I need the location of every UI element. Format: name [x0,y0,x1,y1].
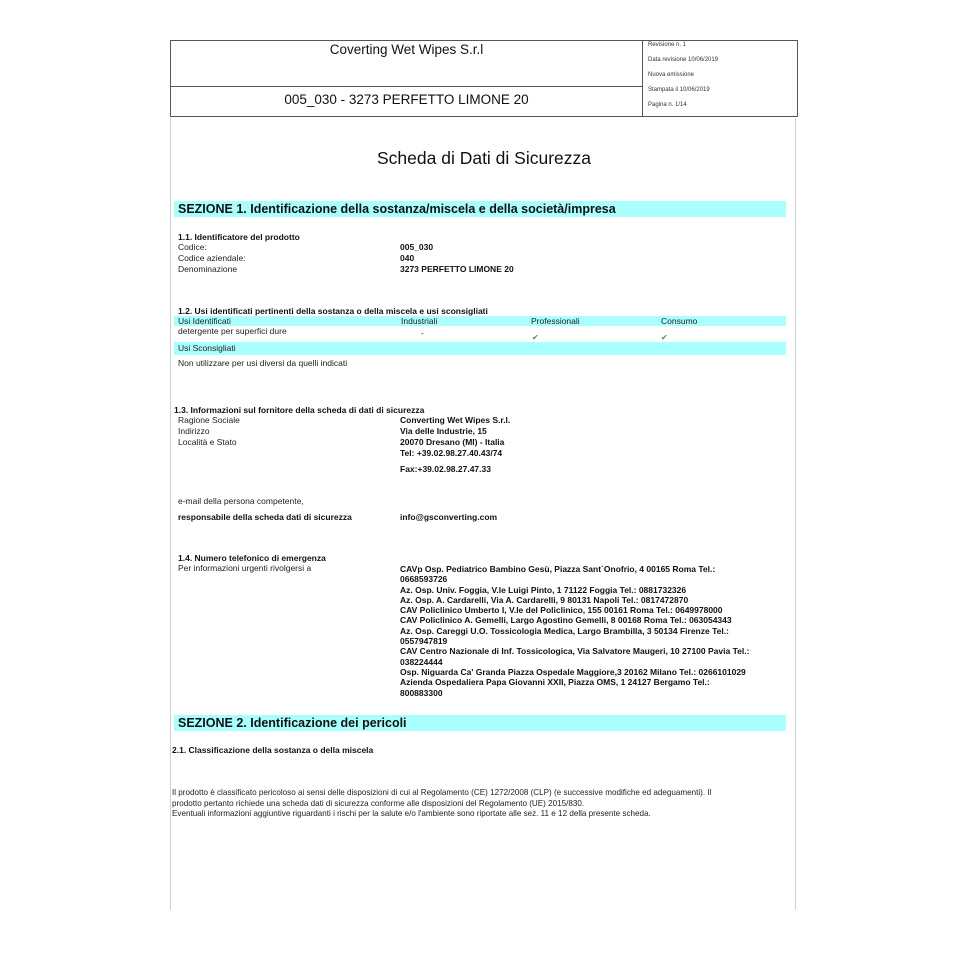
label-denominazione: Denominazione [178,264,237,274]
value-tel: Tel: +39.02.98.27.40.43/74 [400,448,502,458]
emergency-contact-line: Az. Osp. A. Cardarelli, Via A. Cardarell… [400,595,790,605]
use-name: detergente per superfici dure [178,326,287,336]
value-ragione-sociale: Converting Wet Wipes S.r.l. [400,415,510,425]
col-consumo: Consumo [661,316,697,326]
page-border-left [170,118,171,910]
col-usi-identificati: Usi Identificati [178,316,231,326]
discouraged-text: Non utilizzare per usi diversi da quelli… [178,358,347,368]
value-fax: Fax:+39.02.98.27.47.33 [400,464,491,474]
page-border-right [795,118,796,910]
header-company-cell: Coverting Wet Wipes S.r.l [171,41,643,87]
emergency-contacts-list: CAVp Osp. Pediatrico Bambino Gesù, Piazz… [400,564,790,698]
s13-title: 1.3. Informazioni sul fornitore della sc… [174,405,424,415]
value-codice-aziendale: 040 [400,253,414,263]
emergency-contact-line: Azienda Ospedaliera Papa Giovanni XXII, … [400,677,790,687]
emergency-contact-line: Az. Osp. Careggi U.O. Tossicologia Medic… [400,626,790,636]
label-codice-aziendale: Codice aziendale: [178,253,246,263]
emergency-contact-line: 0557947819 [400,636,790,646]
emergency-contact-line: CAV Policlinico A. Gemelli, Largo Agosti… [400,615,790,625]
label-localita: Località e Stato [178,437,237,447]
paragraph-line: prodotto pertanto richiede una scheda da… [172,799,794,810]
emergency-contact-line: 038224444 [400,657,790,667]
value-codice: 005_030 [400,242,433,252]
s12-title: 1.2. Usi identificati pertinenti della s… [178,306,488,316]
value-denominazione: 3273 PERFETTO LIMONE 20 [400,264,514,274]
s21-title: 2.1. Classificazione della sostanza o de… [172,745,373,755]
email-label-2: responsabile della scheda dati di sicure… [178,512,352,522]
revision-info: Revisione n. 1 Data revisione 10/06/2019… [648,41,798,116]
page-title: Scheda di Dati di Sicurezza [170,148,798,169]
emergency-label: Per informazioni urgenti rivolgersi a [178,563,311,573]
value-indirizzo: Via delle Industrie, 15 [400,426,487,436]
page-number: Pagina n. 1/14 [648,101,798,116]
col-industriali: Industriali [401,316,437,326]
product-name: 005_030 - 3273 PERFETTO LIMONE 20 [171,92,642,107]
emergency-contact-line: Osp. Niguarda Ca' Granda Piazza Ospedale… [400,667,790,677]
emission-status: Nuova emissione [648,71,798,86]
emergency-contact-line: 800883300 [400,688,790,698]
paragraph-line: Il prodotto è classificato pericoloso ai… [172,788,794,799]
emergency-contact-line: CAVp Osp. Pediatrico Bambino Gesù, Piazz… [400,564,790,574]
label-indirizzo: Indirizzo [178,426,210,436]
document-header: Coverting Wet Wipes S.r.l 005_030 - 3273… [170,40,798,117]
value-localita: 20070 Dresano (MI) - Italia [400,437,504,447]
print-date: Stampata il 10/06/2019 [648,86,798,101]
emergency-contact-line: CAV Policlinico Umberto I, V.le del Poli… [400,605,790,615]
header-product-cell: 005_030 - 3273 PERFETTO LIMONE 20 [171,86,643,117]
emergency-contact-line: Az. Osp. Univ. Foggia, V.le Luigi Pinto,… [400,585,790,595]
s11-title: 1.1. Identificatore del prodotto [178,232,300,242]
section-2-heading: SEZIONE 2. Identificazione dei pericoli [174,715,786,731]
emergency-contact-line: CAV Centro Nazionale di Inf. Tossicologi… [400,646,790,656]
revision-number: Revisione n. 1 [648,41,798,56]
classification-paragraph: Il prodotto è classificato pericoloso ai… [172,788,794,820]
paragraph-line: Eventuali informazioni aggiuntive riguar… [172,809,794,820]
col-professionali: Professionali [531,316,580,326]
revision-date: Data revisione 10/06/2019 [648,56,798,71]
section-1-heading: SEZIONE 1. Identificazione della sostanz… [174,201,786,217]
discouraged-header-row [174,342,786,355]
s14-title: 1.4. Numero telefonico di emergenza [178,553,326,563]
company-name: Coverting Wet Wipes S.r.l [171,42,642,57]
discouraged-header: Usi Sconsigliati [178,343,236,353]
email-label-1: e-mail della persona competente, [178,496,304,506]
email-value[interactable]: info@gsconverting.com [400,512,497,522]
emergency-contact-line: 0668593726 [400,574,790,584]
use-industriali: - [421,328,424,338]
label-ragione-sociale: Ragione Sociale [178,415,240,425]
label-codice: Codice: [178,242,207,252]
